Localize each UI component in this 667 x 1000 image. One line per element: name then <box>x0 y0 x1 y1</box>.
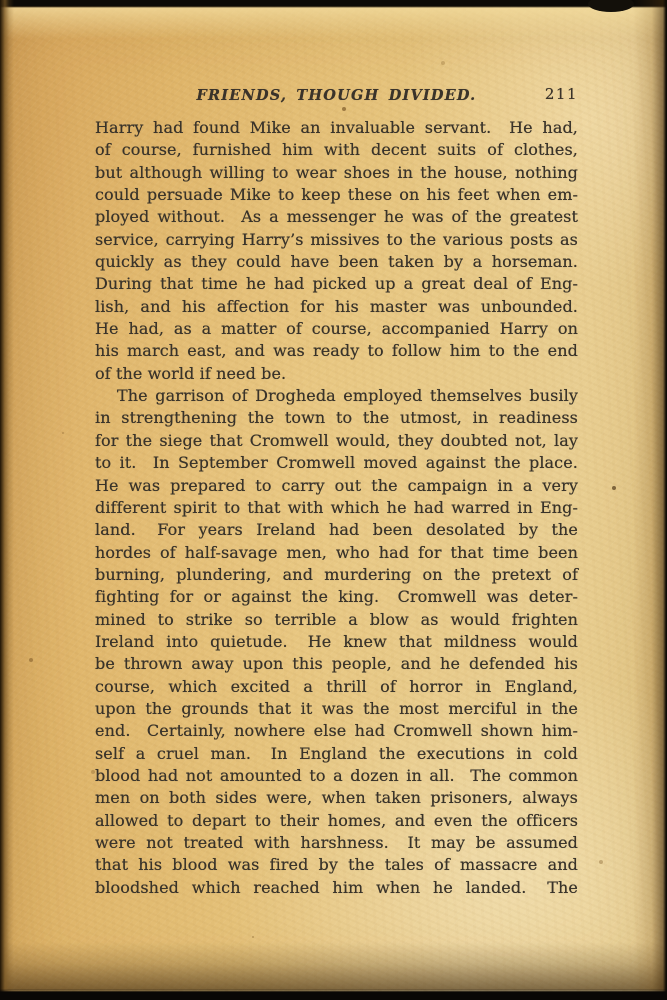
text-line: but although willing to wear shoes in th… <box>95 162 578 184</box>
body-text: Harry had found Mike an invaluable serva… <box>95 117 578 899</box>
text-line: fighting for or against the king. Cromwe… <box>95 586 578 608</box>
text-line: During that time he had picked up a grea… <box>95 273 578 295</box>
page-edge-right <box>633 0 667 1000</box>
text-line: of the world if need be. <box>95 363 578 385</box>
text-line: quickly as they could have been taken by… <box>95 251 578 273</box>
text-line: men on both sides were, when taken priso… <box>95 787 578 809</box>
text-line: of course, furnished him with decent sui… <box>95 139 578 161</box>
text-line: hordes of half-savage men, who had for t… <box>95 542 578 564</box>
text-line: upon the grounds that it was the most me… <box>95 698 578 720</box>
text-line: be thrown away upon this people, and he … <box>95 653 578 675</box>
text-line: He was prepared to carry out the campaig… <box>95 475 578 497</box>
bottom-shadow <box>0 942 667 990</box>
text-line: bloodshed which reached him when he land… <box>95 877 578 899</box>
text-line: burning, plundering, and murdering on th… <box>95 564 578 586</box>
page-edge-top <box>0 0 667 8</box>
text-line: Ireland into quietude. He knew that mild… <box>95 631 578 653</box>
text-line: Harry had found Mike an invaluable serva… <box>95 117 578 139</box>
text-line: allowed to depart to their homes, and ev… <box>95 810 578 832</box>
text-line: different spirit to that with which he h… <box>95 497 578 519</box>
page-edge-notch <box>588 0 634 12</box>
scan-smear <box>0 7 667 39</box>
text-line: in strengthening the town to the utmost,… <box>95 407 578 429</box>
text-line: The garrison of Drogheda employed themse… <box>95 385 578 407</box>
paragraph: Harry had found Mike an invaluable serva… <box>95 117 578 385</box>
text-line: for the siege that Cromwell would, they … <box>95 430 578 452</box>
text-line: end. Certainly, nowhere else had Cromwel… <box>95 720 578 742</box>
running-title: FRIENDS, THOUGH DIVIDED. <box>197 87 477 104</box>
book-page-scan: FRIENDS, THOUGH DIVIDED. 211 Harry had f… <box>0 0 667 1000</box>
text-line: to it. In September Cromwell moved again… <box>95 452 578 474</box>
text-line: mined to strike so terrible a blow as wo… <box>95 609 578 631</box>
page-header: FRIENDS, THOUGH DIVIDED. 211 <box>95 85 578 104</box>
text-line: ployed without. As a messenger he was of… <box>95 206 578 228</box>
text-line: could persuade Mike to keep these on his… <box>95 184 578 206</box>
text-line: were not treated with harshness. It may … <box>95 832 578 854</box>
text-line: blood had not amounted to a dozen in all… <box>95 765 578 787</box>
page-edge-left <box>0 0 14 1000</box>
text-line: that his blood was fired by the tales of… <box>95 854 578 876</box>
text-line: his march east, and was ready to follow … <box>95 340 578 362</box>
text-line: service, carrying Harry’s missives to th… <box>95 229 578 251</box>
text-line: lish, and his affection for his master w… <box>95 296 578 318</box>
text-line: He had, as a matter of course, accompani… <box>95 318 578 340</box>
text-line: self a cruel man. In England the executi… <box>95 743 578 765</box>
paragraph: The garrison of Drogheda employed themse… <box>95 385 578 899</box>
text-line: land. For years Ireland had been desolat… <box>95 519 578 541</box>
page-number: 211 <box>545 85 578 103</box>
page-edge-bottom <box>0 989 667 1000</box>
text-line: course, which excited a thrill of horror… <box>95 676 578 698</box>
